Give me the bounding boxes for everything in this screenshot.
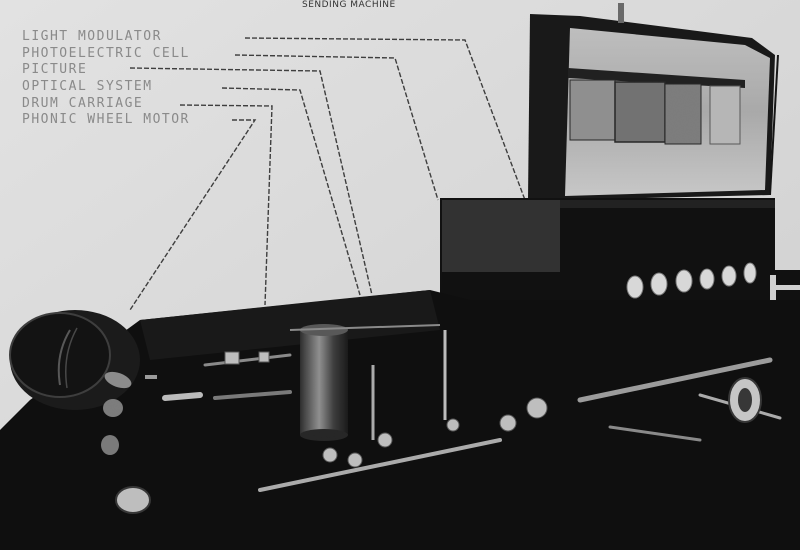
label-light-modulator: LIGHT MODULATOR (22, 30, 162, 43)
label-photoelectric-cell: PHOTOELECTRIC CELL (22, 47, 190, 60)
label-optical-system: OPTICAL SYSTEM (22, 80, 153, 93)
label-drum-carriage: DRUM CARRIAGE (22, 97, 143, 110)
label-phonic-wheel-motor: PHONIC WHEEL MOTOR (22, 113, 190, 126)
label-picture: PICTURE (22, 63, 87, 76)
caption-title: SENDING MACHINE (302, 0, 396, 10)
